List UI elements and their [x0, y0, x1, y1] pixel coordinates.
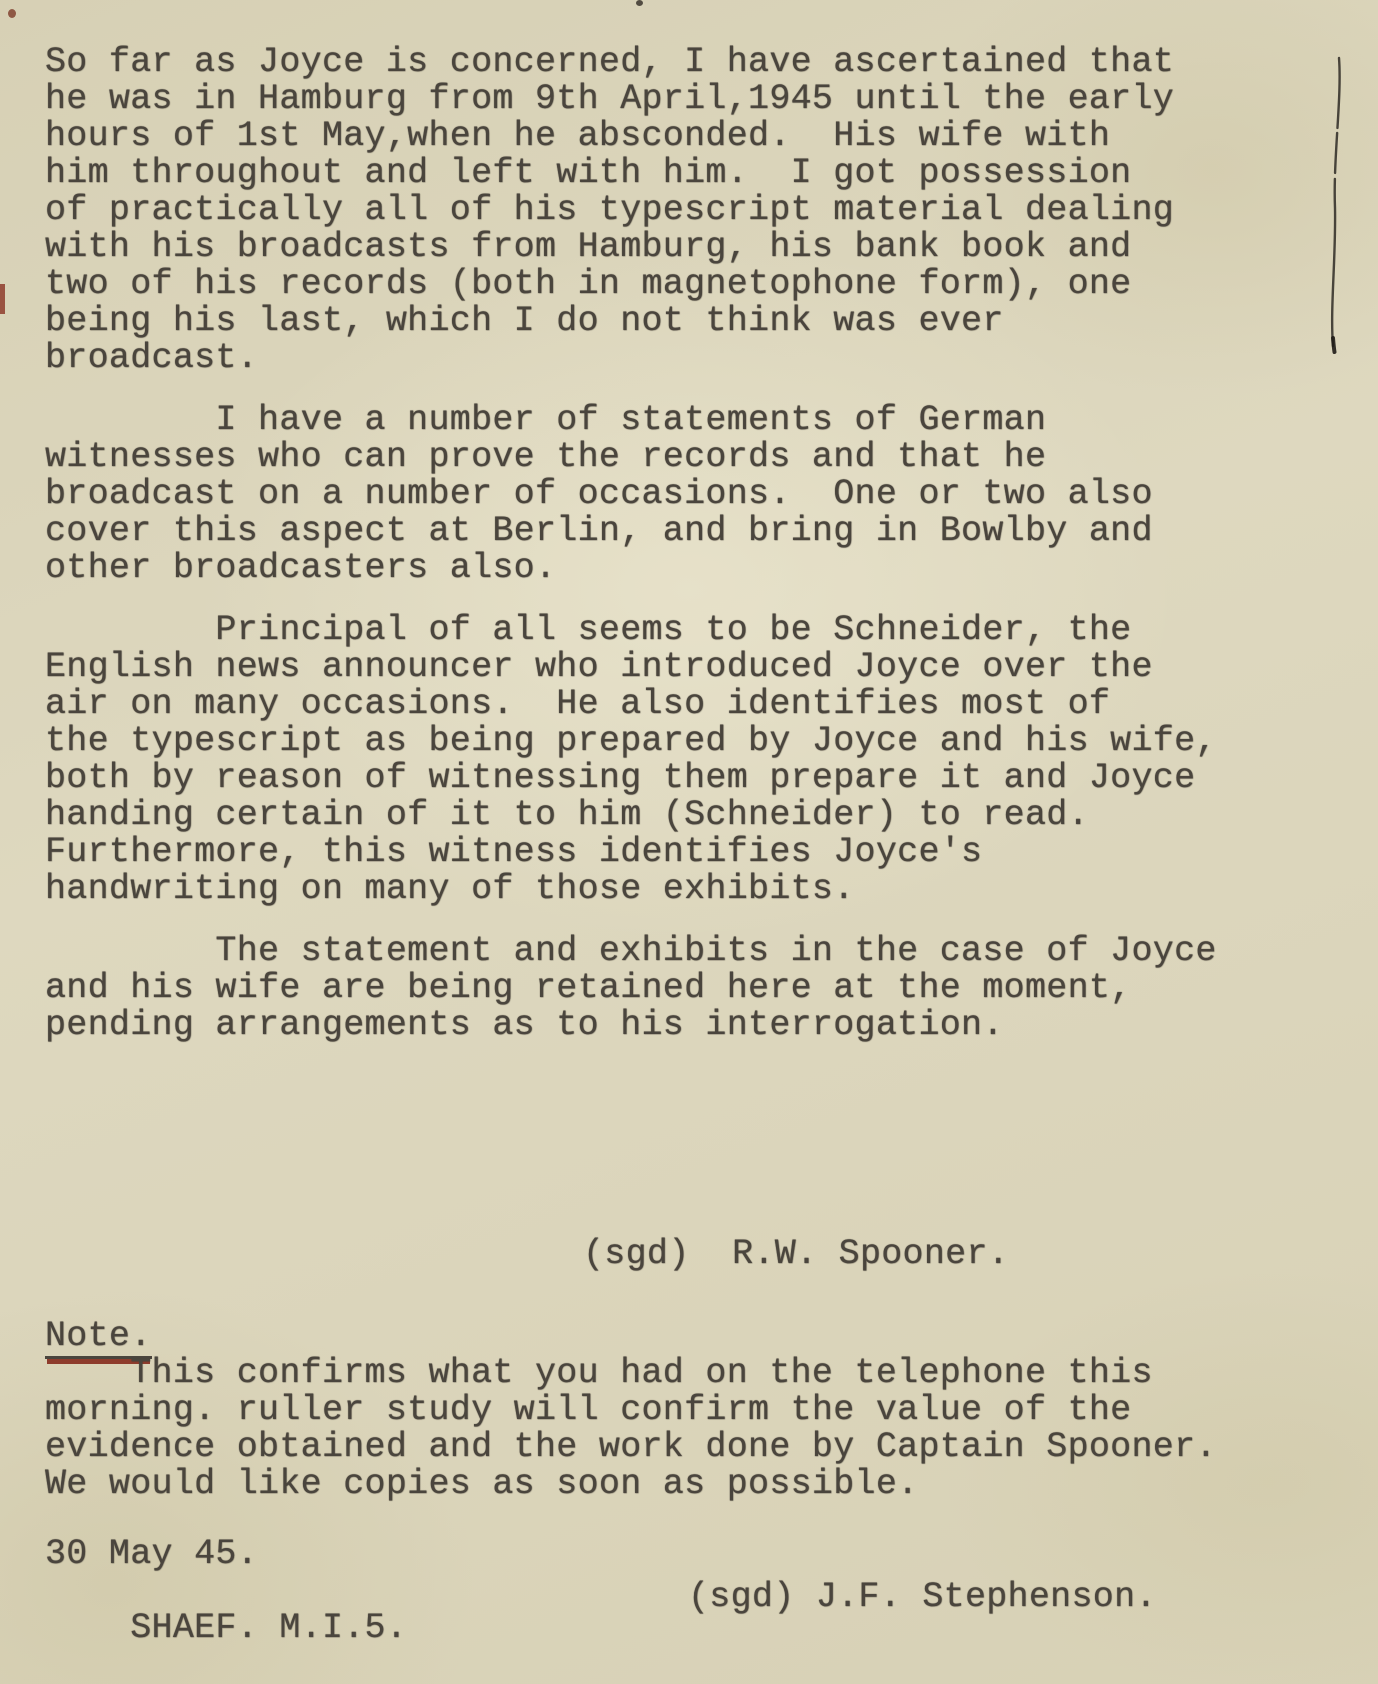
typed-line: I have a number of statements of German — [45, 402, 1378, 439]
left-edge-red-mark — [0, 284, 5, 314]
footer-row: SHAEF. M.I.5. (sgd) J.F. Stephenson. — [45, 1573, 1378, 1610]
typed-line: The statement and exhibits in the case o… — [45, 933, 1378, 970]
typed-line: This confirms what you had on the teleph… — [45, 1355, 1378, 1392]
note-heading: Note. — [45, 1318, 1378, 1355]
typed-line: Furthermore, this witness identifies Joy… — [45, 834, 1378, 871]
typewritten-memo-page: So far as Joyce is concerned, I have asc… — [0, 0, 1378, 1610]
typed-line: both by reason of witnessing them prepar… — [45, 760, 1378, 797]
typed-line: morning. ruller study will confirm the v… — [45, 1392, 1378, 1429]
typed-line: So far as Joyce is concerned, I have asc… — [45, 44, 1378, 81]
typed-line: evidence obtained and the work done by C… — [45, 1429, 1378, 1466]
paper-speck — [8, 9, 16, 18]
typed-line: he was in Hamburg from 9th April,1945 un… — [45, 81, 1378, 118]
paragraph-1: So far as Joyce is concerned, I have asc… — [45, 44, 1378, 377]
typed-line: with his broadcasts from Hamburg, his ba… — [45, 229, 1378, 266]
typed-line: air on many occasions. He also identifie… — [45, 686, 1378, 723]
note-paragraph: This confirms what you had on the teleph… — [45, 1355, 1378, 1503]
typed-line: two of his records (both in magnetophone… — [45, 266, 1378, 303]
typed-line: the typescript as being prepared by Joyc… — [45, 723, 1378, 760]
org-line: SHAEF. M.I.5. — [130, 1608, 407, 1648]
typed-line: pending arrangements as to his interroga… — [45, 1007, 1378, 1044]
typed-line: being his last, which I do not think was… — [45, 303, 1378, 340]
typed-line: witnesses who can prove the records and … — [45, 439, 1378, 476]
typed-line: handing certain of it to him (Schneider)… — [45, 797, 1378, 834]
paragraph-4: The statement and exhibits in the case o… — [45, 933, 1378, 1044]
typed-line: broadcast. — [45, 340, 1378, 377]
signature-spooner: (sgd) R.W. Spooner. — [583, 1236, 1378, 1273]
paragraph-3: Principal of all seems to be Schneider, … — [45, 612, 1378, 908]
paper-speck — [636, 0, 643, 6]
margin-pen-stroke-icon — [1318, 48, 1354, 358]
signature-stephenson: (sgd) J.F. Stephenson. — [688, 1579, 1157, 1616]
typed-line: Principal of all seems to be Schneider, … — [45, 612, 1378, 649]
paragraph-2: I have a number of statements of German … — [45, 402, 1378, 587]
typed-line: of practically all of his typescript mat… — [45, 192, 1378, 229]
typed-line: English news announcer who introduced Jo… — [45, 649, 1378, 686]
typed-line: hours of 1st May,when he absconded. His … — [45, 118, 1378, 155]
date-line: 30 May 45. — [45, 1536, 1378, 1573]
typed-line: him throughout and left with him. I got … — [45, 155, 1378, 192]
typed-line: broadcast on a number of occasions. One … — [45, 476, 1378, 513]
typed-line: We would like copies as soon as possible… — [45, 1466, 1378, 1503]
typed-line: cover this aspect at Berlin, and bring i… — [45, 513, 1378, 550]
typed-line: other broadcasters also. — [45, 550, 1378, 587]
typed-line: and his wife are being retained here at … — [45, 970, 1378, 1007]
typed-line: handwriting on many of those exhibits. — [45, 871, 1378, 908]
